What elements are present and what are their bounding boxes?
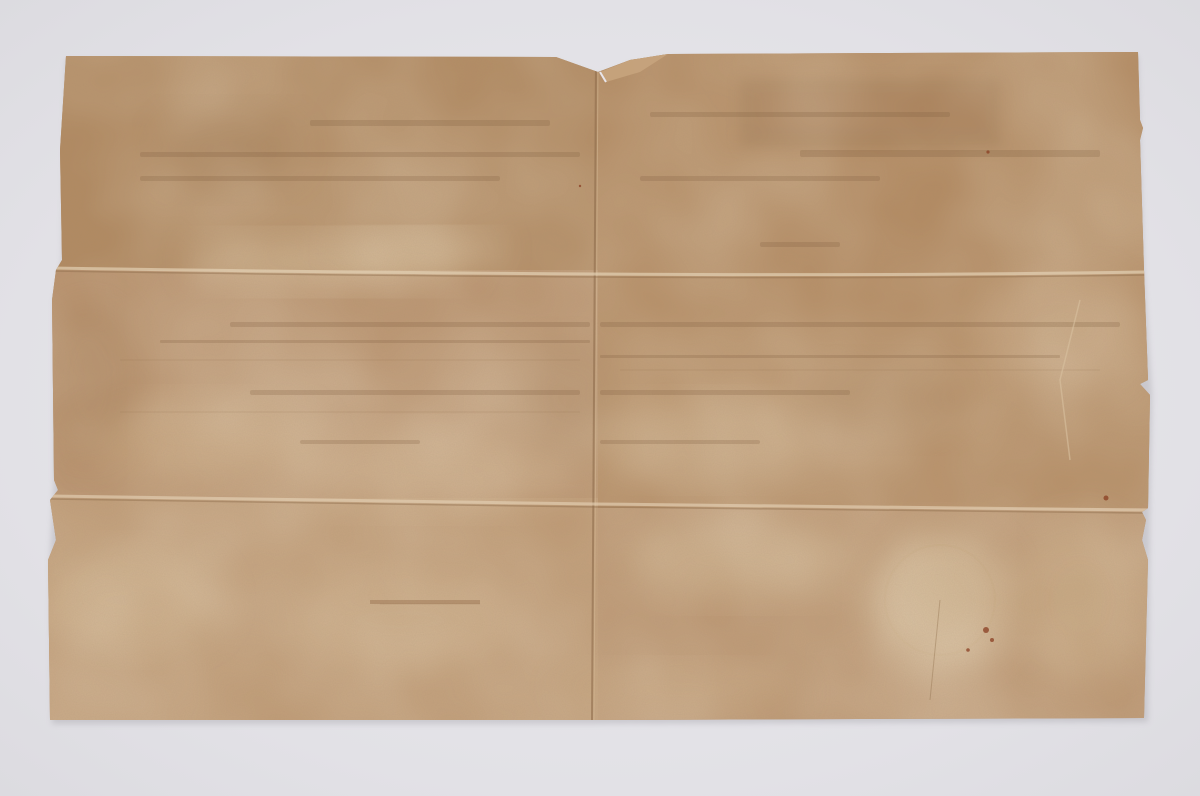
aged-document [0,0,1200,796]
document-illustration [0,0,1200,796]
